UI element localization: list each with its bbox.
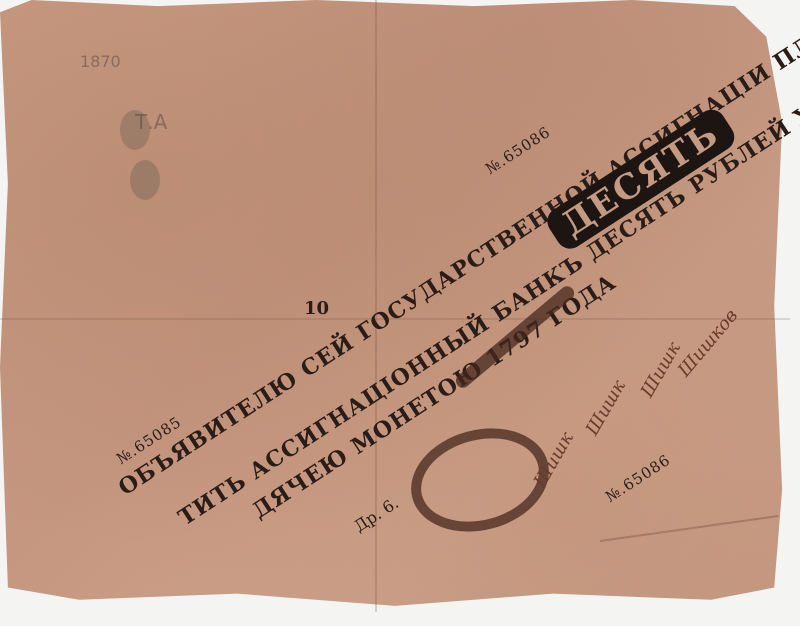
pencil-inventory-number: 1870 xyxy=(80,52,121,71)
stain xyxy=(130,160,160,200)
denomination-numeral: 10 xyxy=(304,298,329,319)
pencil-mark: Т.А xyxy=(135,110,167,134)
